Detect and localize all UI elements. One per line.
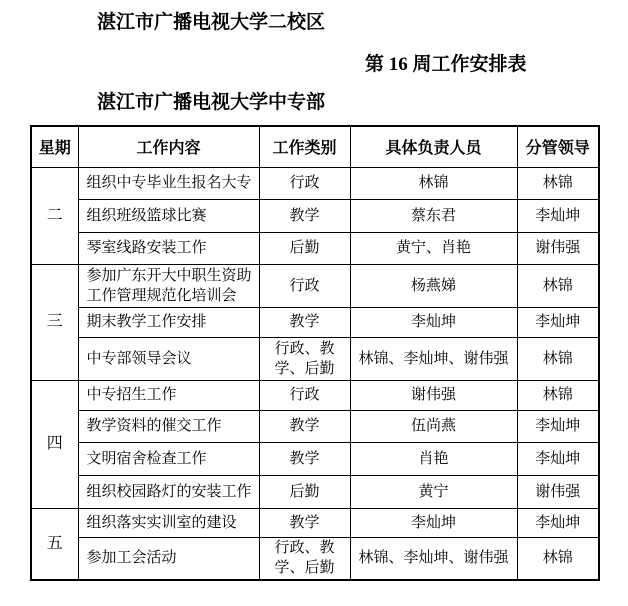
responsible-cell: 谢伟强 (350, 380, 517, 410)
table-row: 三参加广东开大中职生资助 工作管理规范化培训会行政杨燕娣林锦 (31, 264, 599, 307)
leader-cell: 谢伟强 (517, 475, 599, 508)
content-cell: 组织班级篮球比赛 (78, 199, 259, 232)
content-cell: 中专招生工作 (78, 380, 259, 410)
leader-cell: 李灿坤 (517, 508, 599, 537)
header-responsible: 具体负责人员 (350, 126, 517, 167)
schedule-table-body: 二组织中专毕业生报名大专行政林锦林锦组织班级篮球比赛教学蔡东君李灿坤琴室线路安装… (31, 167, 599, 580)
category-cell: 行政、教 学、后勤 (259, 337, 350, 380)
category-cell: 后勤 (259, 475, 350, 508)
table-row: 琴室线路安装工作后勤黄宁、肖艳谢伟强 (31, 232, 599, 264)
responsible-cell: 黄宁、肖艳 (350, 232, 517, 264)
day-cell: 四 (31, 380, 78, 508)
category-cell: 行政 (259, 380, 350, 410)
table-row: 文明宿舍检查工作教学肖艳李灿坤 (31, 442, 599, 475)
table-row: 组织校园路灯的安装工作后勤黄宁谢伟强 (31, 475, 599, 508)
leader-cell: 林锦 (517, 337, 599, 380)
responsible-cell: 林锦 (350, 167, 517, 199)
category-cell: 行政、教 学、后勤 (259, 537, 350, 580)
header-work-content: 工作内容 (78, 126, 259, 167)
work-schedule-table: 星期 工作内容 工作类别 具体负责人员 分管领导 二组织中专毕业生报名大专行政林… (30, 125, 600, 581)
category-cell: 后勤 (259, 232, 350, 264)
table-row: 五组织落实实训室的建设教学李灿坤李灿坤 (31, 508, 599, 537)
category-cell: 教学 (259, 410, 350, 442)
responsible-cell: 伍尚燕 (350, 410, 517, 442)
leader-cell: 林锦 (517, 380, 599, 410)
table-row: 期末教学工作安排教学李灿坤李灿坤 (31, 307, 599, 337)
category-cell: 教学 (259, 199, 350, 232)
day-cell: 五 (31, 508, 78, 580)
table-row: 二组织中专毕业生报名大专行政林锦林锦 (31, 167, 599, 199)
category-cell: 行政 (259, 264, 350, 307)
header-leader: 分管领导 (517, 126, 599, 167)
leader-cell: 李灿坤 (517, 442, 599, 475)
content-cell: 参加工会活动 (78, 537, 259, 580)
responsible-cell: 林锦、李灿坤、谢伟强 (350, 537, 517, 580)
content-cell: 教学资料的催交工作 (78, 410, 259, 442)
table-row: 参加工会活动行政、教 学、后勤林锦、李灿坤、谢伟强林锦 (31, 537, 599, 580)
table-row: 四中专招生工作行政谢伟强林锦 (31, 380, 599, 410)
content-cell: 文明宿舍检查工作 (78, 442, 259, 475)
content-cell: 中专部领导会议 (78, 337, 259, 380)
content-cell: 组织落实实训室的建设 (78, 508, 259, 537)
responsible-cell: 林锦、李灿坤、谢伟强 (350, 337, 517, 380)
content-cell: 琴室线路安装工作 (78, 232, 259, 264)
responsible-cell: 杨燕娣 (350, 264, 517, 307)
leader-cell: 李灿坤 (517, 199, 599, 232)
content-cell: 组织校园路灯的安装工作 (78, 475, 259, 508)
content-cell: 组织中专毕业生报名大专 (78, 167, 259, 199)
week-schedule-title: 第 16 周工作安排表 (365, 53, 527, 77)
leader-cell: 李灿坤 (517, 410, 599, 442)
leader-cell: 林锦 (517, 537, 599, 580)
leader-cell: 李灿坤 (517, 307, 599, 337)
department-title: 湛江市广播电视大学中专部 (97, 91, 325, 115)
header-work-category: 工作类别 (259, 126, 350, 167)
day-cell: 三 (31, 264, 78, 380)
table-row: 组织班级篮球比赛教学蔡东君李灿坤 (31, 199, 599, 232)
category-cell: 行政 (259, 167, 350, 199)
table-row: 教学资料的催交工作教学伍尚燕李灿坤 (31, 410, 599, 442)
leader-cell: 林锦 (517, 264, 599, 307)
responsible-cell: 李灿坤 (350, 508, 517, 537)
content-cell: 参加广东开大中职生资助 工作管理规范化培训会 (78, 264, 259, 307)
table-row: 中专部领导会议行政、教 学、后勤林锦、李灿坤、谢伟强林锦 (31, 337, 599, 380)
leader-cell: 林锦 (517, 167, 599, 199)
content-cell: 期末教学工作安排 (78, 307, 259, 337)
responsible-cell: 李灿坤 (350, 307, 517, 337)
document-page: 湛江市广播电视大学二校区 第 16 周工作安排表 湛江市广播电视大学中专部 星期… (0, 0, 628, 606)
header-day: 星期 (31, 126, 78, 167)
day-cell: 二 (31, 167, 78, 264)
campus-title: 湛江市广播电视大学二校区 (97, 11, 325, 35)
responsible-cell: 蔡东君 (350, 199, 517, 232)
category-cell: 教学 (259, 508, 350, 537)
leader-cell: 谢伟强 (517, 232, 599, 264)
responsible-cell: 黄宁 (350, 475, 517, 508)
table-header-row: 星期 工作内容 工作类别 具体负责人员 分管领导 (31, 126, 599, 167)
responsible-cell: 肖艳 (350, 442, 517, 475)
category-cell: 教学 (259, 307, 350, 337)
category-cell: 教学 (259, 442, 350, 475)
